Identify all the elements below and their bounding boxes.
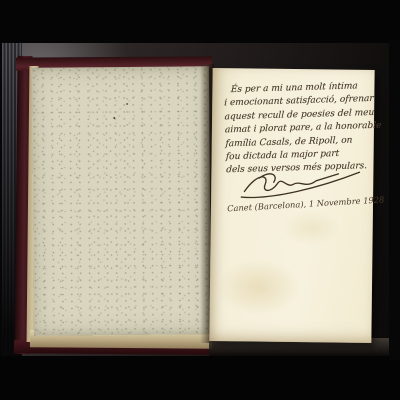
photo-stage: És per a mi una molt íntima i emocionant… (0, 0, 400, 400)
paper-fleck (126, 103, 128, 105)
flyleaf-right-page: És per a mi una molt íntima i emocionant… (209, 68, 374, 343)
photo-border-top (0, 0, 400, 43)
paper-fleck (113, 117, 115, 119)
photo-border-bottom (0, 356, 400, 400)
photo-border-right (389, 40, 400, 360)
endpaper-left-page (32, 66, 211, 336)
